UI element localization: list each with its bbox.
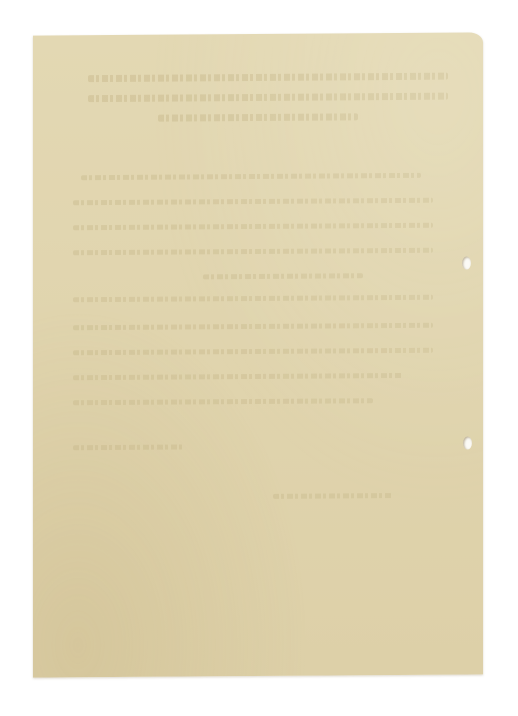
bleed-line [73,398,373,405]
bleed-line [73,348,433,356]
bleed-line [273,493,393,499]
punch-hole [462,257,471,270]
bleed-line [73,198,433,206]
bleed-line [73,295,433,303]
bleed-line [73,248,433,256]
bleed-line [88,93,448,103]
bleed-line [73,323,433,331]
punch-hole [463,437,472,450]
bleed-line [73,445,183,451]
bleed-line [203,273,363,279]
bleed-line [158,113,358,121]
bleed-line [73,223,433,231]
bleed-through-text [33,32,483,35]
bleed-line [88,73,448,83]
bleed-line [73,373,403,380]
paper-sheet [33,32,483,677]
bleed-line [81,173,421,180]
